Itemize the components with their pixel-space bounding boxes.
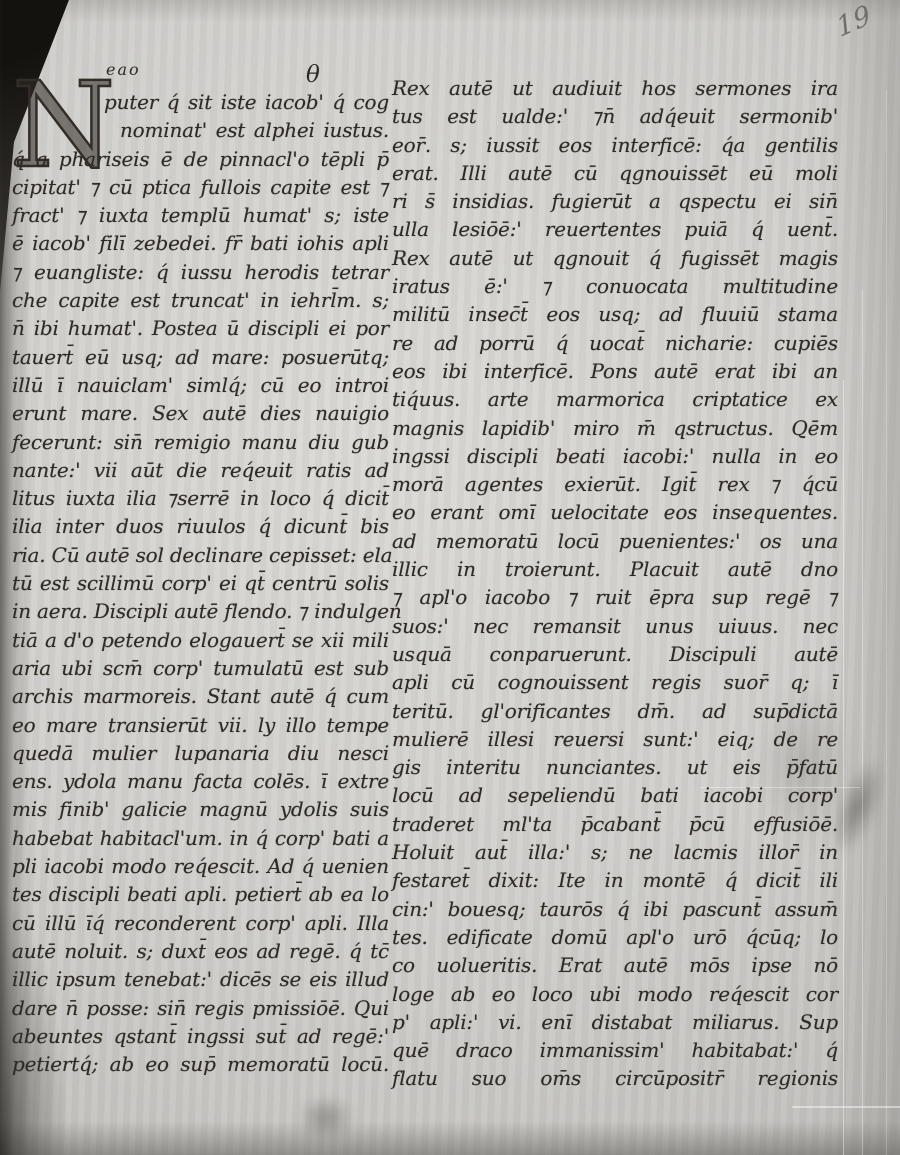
- text-line: ad memoratū locū puenientes:' os una: [392, 527, 838, 555]
- text-line: Rex autē ut audiuit hos sermones ira: [392, 74, 838, 102]
- parchment-stain-bottom: [288, 1088, 364, 1148]
- text-line: Holuit aut̄ illa:' s; ne lacmis illor̄ i…: [392, 838, 838, 866]
- text-line: locū ad sepeliendū bati iacobi corp': [392, 781, 838, 809]
- text-line: tiā a d'o petendo elogauert̄ se xii mil…: [12, 626, 389, 654]
- text-line: dare n̄ posse: sin̄ regis pmissiōē. Qu…: [12, 994, 389, 1022]
- text-line: ens. ydola manu facta colēs. ī extre: [12, 767, 389, 795]
- text-line: magnis lapidib' miro m̄ qstructus. Qēm: [392, 414, 838, 442]
- text-line: ri s̄ insidias. fugierūt a qspectu ei s…: [392, 187, 838, 215]
- text-line: nominat' est alphei iustus.: [12, 116, 389, 144]
- text-line: ilia inter duos riuulos q́ dicunt̄ bis: [12, 512, 389, 540]
- text-line: autē noluit. s; duxt̄ eos ad regē. q́ …: [12, 937, 389, 965]
- text-line: Rex autē ut qgnouit q́ fugissēt magis: [392, 244, 838, 272]
- scratch-line: [886, 90, 887, 1155]
- text-line: habebat habitacl'um. in q́ corp' bati a: [12, 824, 389, 852]
- text-line: re ad porrū q́ uocat̄ nicharie: cupiēs: [392, 329, 838, 357]
- text-line: festaret̄ dixit: Ite in montē q́ dicit̄…: [392, 866, 838, 894]
- text-line: illic in troierunt. Placuit autē dno: [392, 555, 838, 583]
- text-line: mulierē illesi reuersi sunt:' eiq; de r…: [392, 725, 838, 753]
- text-line: p' apli:' vi. enī distabat miliarus. Su…: [392, 1008, 838, 1036]
- text-line: ulla lesiōē:' reuertentes puiā q́ uen…: [392, 215, 838, 243]
- text-line: tauert̄ eū usq; ad mare: posuerūtq;: [12, 343, 389, 371]
- text-line: gis interitu nunciantes. ut eis p̄fatū: [392, 753, 838, 781]
- text-column-left: puter q́ sit iste iacob' q́ cognominat' …: [12, 88, 389, 1078]
- text-line: q́ a phariseis ē de pinnacl'o tēpli p̄: [12, 145, 389, 173]
- text-column-right: Rex autē ut audiuit hos sermones iratus…: [392, 74, 838, 1093]
- text-line: che capite est truncat' in iehrl̄m. s;: [12, 286, 389, 314]
- text-line: n̄ ibi humat'. Postea ū discipli ei por: [12, 314, 389, 342]
- text-line: militū insec̄t̄ eos usq; ad fluuiū sta…: [392, 300, 838, 328]
- text-line: erunt mare. Sex autē dies nauigio: [12, 399, 389, 427]
- text-line: pli iacobi modo req́escit. Ad q́ uenien: [12, 852, 389, 880]
- text-line: suos:' nec remansit unus uiuus. nec: [392, 612, 838, 640]
- text-line: usquā conparuerunt. Discipuli autē: [392, 640, 838, 668]
- page-edge-top-shading: [0, 0, 900, 22]
- text-line: erat. Illi autē cū qgnouissēt eū mol…: [392, 159, 838, 187]
- text-line: tes discipli beati apli. petiert̄ ab ea …: [12, 880, 389, 908]
- text-line: illū ī nauiclam' simlq́; cū eo introi: [12, 371, 389, 399]
- text-line: petiertq́; ab eo sup̄ memoratū locū.: [12, 1050, 389, 1078]
- text-line: in aera. Discipli autē flendo. ⁊ indulg…: [12, 597, 389, 625]
- text-line: eos ibi interficē. Pons autē erat ibi …: [392, 357, 838, 385]
- text-line: puter q́ sit iste iacob' q́ cog: [12, 88, 389, 116]
- text-line: eo mare transierūt vii. ly illo tempe: [12, 711, 389, 739]
- text-line: illic ipsum tenebat:' dicēs se eis illu…: [12, 965, 389, 993]
- text-line: nante:' vii aūt die req́euit ratis ad: [12, 456, 389, 484]
- text-line: mis finib' galicie magnū ydolis suis: [12, 795, 389, 823]
- text-line: quē draco immanissim' habitabat:' q́: [392, 1036, 838, 1064]
- text-line: teritū. gl'orificantes dm̄. ad sup̄dict…: [392, 697, 838, 725]
- text-line: litus iuxta ilia ⁊serrē in loco q́ dici…: [12, 484, 389, 512]
- text-line: tes. edificate domū apl'o urō q́cūq; …: [392, 923, 838, 951]
- column-mark: θ: [306, 62, 320, 88]
- text-line: quedā mulier lupanaria diu nesci: [12, 739, 389, 767]
- text-line: abeuntes qstant̄ ingssi sut̄ ad regē:': [12, 1022, 389, 1050]
- text-line: aria ubi scm̄ corp' tumulatū est sub: [12, 654, 389, 682]
- text-line: eo erant omī uelocitate eos insequentes…: [392, 498, 838, 526]
- text-line: tū est scillimū corp' ei qt̄ centrū s…: [12, 569, 389, 597]
- text-line: cin:' bouesq; taurōs q́ ibi pascunt̄ as…: [392, 895, 838, 923]
- text-line: eor̄. s; iussit eos interficē: q́a gent…: [392, 131, 838, 159]
- scratch-line: [843, 380, 844, 1155]
- text-line: iratus ē:' ⁊ conuocata multitudine: [392, 272, 838, 300]
- text-line: ē iacob' filī zebedei. fr̄ bati iohis …: [12, 229, 389, 257]
- text-line: tiq́uus. arte marmorica criptatice ex: [392, 385, 838, 413]
- text-line: archis marmoreis. Stant autē q́ cum: [12, 682, 389, 710]
- text-line: flatu suo om̄s circūpositr̄ regionis: [392, 1064, 838, 1092]
- text-line: ria. Cū autē sol declinare cepisset: e…: [12, 541, 389, 569]
- text-line: tus est ualde:' ⁊n̄ adq́euit sermonib': [392, 102, 838, 130]
- page-edge-bottom-shading: [0, 1121, 900, 1155]
- text-line: ingssi discipli beati iacobi:' nulla in …: [392, 442, 838, 470]
- manuscript-page: 19 eao θ N puter q́ sit iste iacob' q́ c…: [0, 0, 900, 1155]
- text-line: ⁊ apl'o iacobo ⁊ ruit ēpra sup regē ⁊: [392, 583, 838, 611]
- text-line: apli cū cognouissent regis suor̄ q; ī: [392, 668, 838, 696]
- text-line: cū illū īq́ reconderent corp' apli. I…: [12, 909, 389, 937]
- text-line: morā agentes exierūt. Igit̄ rex ⁊ q́cu…: [392, 470, 838, 498]
- text-line: fract' ⁊ iuxta templū humat' s; iste: [12, 201, 389, 229]
- scratch-line: [792, 1106, 900, 1108]
- text-line: co uolueritis. Erat autē mōs ipse nō: [392, 951, 838, 979]
- text-line: cipitat' ⁊ cū ptica fullois capite est …: [12, 173, 389, 201]
- scratch-line: [862, 290, 863, 1155]
- text-line: traderet ml'ta p̄cabant̄ p̄cū effusiōe…: [392, 810, 838, 838]
- text-line: ⁊ euangliste: q́ iussu herodis tetrar: [12, 258, 389, 286]
- text-line: fecerunt: sin̄ remigio manu diu gub: [12, 428, 389, 456]
- text-line: loge ab eo loco ubi modo req́escit cor: [392, 980, 838, 1008]
